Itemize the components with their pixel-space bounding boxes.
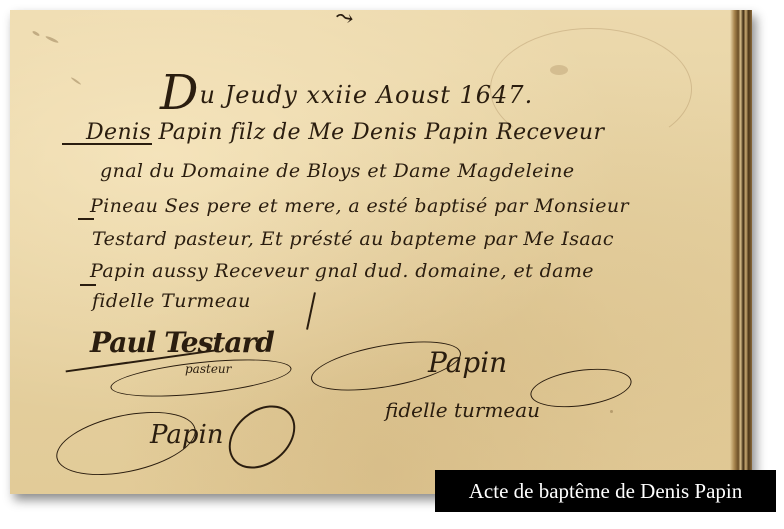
signature-papin-2: Papin — [150, 420, 224, 450]
body-line-4: Testard pasteur, Et présté au bapteme pa… — [92, 228, 614, 250]
date-initial: D — [160, 65, 199, 121]
signature-turmeau: fidelle turmeau — [385, 398, 540, 422]
date-text: u Jeudy xxiie Aoust 1647. — [199, 81, 533, 109]
body-line-5: Papin aussy Receveur gnal dud. domaine, … — [90, 260, 594, 282]
date-line: Du Jeudy xxiie Aoust 1647. — [160, 65, 533, 121]
signature-loop — [528, 363, 634, 413]
stain-speck — [71, 77, 82, 86]
body-line-6: fidelle Turmeau — [92, 290, 251, 312]
body-line-1: Denis Papin filz de Me Denis Papin Recev… — [86, 120, 604, 145]
signature-papin-1: Papin — [428, 346, 507, 379]
margin-stroke — [80, 284, 96, 286]
body-line-2: gnal du Domaine de Bloys et Dame Magdele… — [100, 160, 575, 182]
stain-speck — [45, 35, 59, 44]
stain-speck — [32, 30, 40, 37]
image-caption: Acte de baptême de Denis Papin — [435, 470, 776, 512]
body-line-3: Pineau Ses pere et mere, a esté baptisé … — [90, 195, 629, 217]
manuscript-page: ⤳ Du Jeudy xxiie Aoust 1647. Denis Papin… — [10, 10, 752, 494]
stain-speck — [610, 410, 613, 413]
margin-stroke — [78, 218, 94, 220]
closing-stroke — [306, 292, 316, 330]
header-flourish-icon: ⤳ — [333, 10, 355, 32]
book-spine — [730, 10, 752, 494]
signature-scribble — [216, 393, 307, 482]
